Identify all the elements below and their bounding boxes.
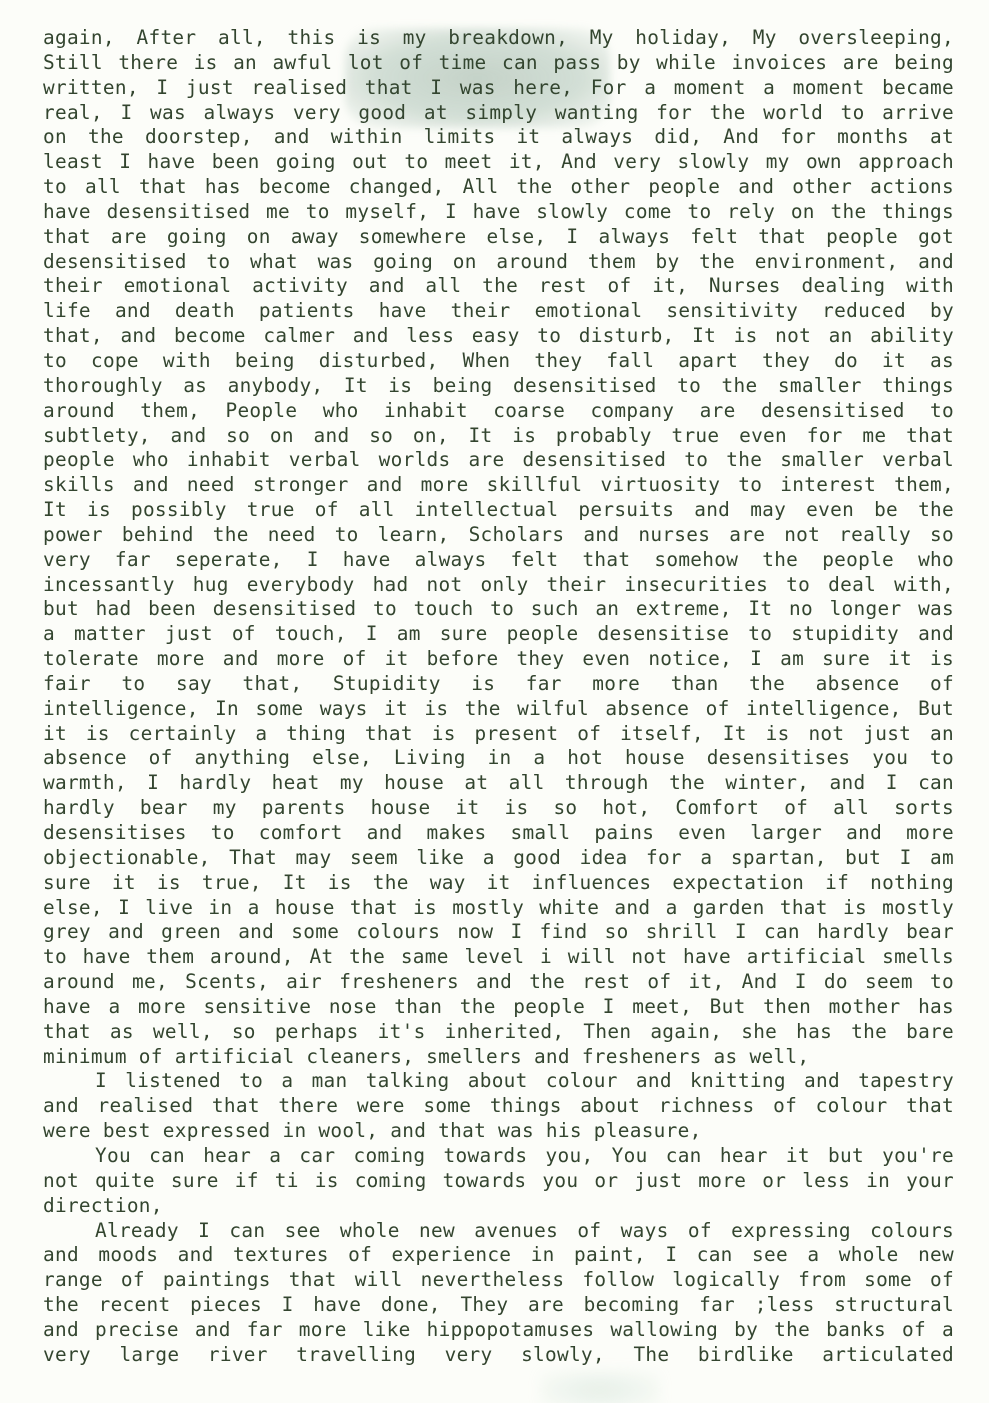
- text-line: people who inhabit verbal worlds are des…: [43, 448, 954, 473]
- text-line: You can hear a car coming towards you, Y…: [43, 1144, 954, 1169]
- text-line: their emotional activity and all the res…: [43, 274, 954, 299]
- text-line: desensitised to what was going on around…: [43, 250, 954, 275]
- text-line: and realised that there were some things…: [43, 1094, 954, 1119]
- text-line: were best expressed in wool, and that wa…: [43, 1119, 954, 1144]
- text-line: warmth, I hardly heat my house at all th…: [43, 771, 954, 796]
- document-body: again, After all, this is my breakdown, …: [43, 26, 954, 1368]
- text-line: the recent pieces I have done, They are …: [43, 1293, 954, 1318]
- text-line: and moods and textures of experience in …: [43, 1243, 954, 1268]
- text-line: written, I just realised that I was here…: [43, 76, 954, 101]
- text-line: but had been desensitised to touch to su…: [43, 597, 954, 622]
- text-line: have a more sensitive nose than the peop…: [43, 995, 954, 1020]
- text-line: very large river travelling very slowly,…: [43, 1343, 954, 1368]
- text-line: grey and green and some colours now I fi…: [43, 920, 954, 945]
- text-line: intelligence, In some ways it is the wil…: [43, 697, 954, 722]
- text-line: a matter just of touch, I am sure people…: [43, 622, 954, 647]
- stain-mark-bottom: [540, 1370, 660, 1403]
- text-line: that, and become calmer and less easy to…: [43, 324, 954, 349]
- text-line: It is possibly true of all intellectual …: [43, 498, 954, 523]
- text-line: very far seperate, I have always felt th…: [43, 548, 954, 573]
- text-line: on the doorstep, and within limits it al…: [43, 125, 954, 150]
- text-line: Already I can see whole new avenues of w…: [43, 1219, 954, 1244]
- text-line: power behind the need to learn, Scholars…: [43, 523, 954, 548]
- text-line: to cope with being disturbed, When they …: [43, 349, 954, 374]
- text-line: have desensitised me to myself, I have s…: [43, 200, 954, 225]
- text-line: around me, Scents, air fresheners and th…: [43, 970, 954, 995]
- text-line: least I have been going out to meet it, …: [43, 150, 954, 175]
- text-line: incessantly hug everybody had not only t…: [43, 573, 954, 598]
- text-line: sure it is true, It is the way it influe…: [43, 871, 954, 896]
- text-line: objectionable, That may seem like a good…: [43, 846, 954, 871]
- text-line: that are going on away somewhere else, I…: [43, 225, 954, 250]
- text-line: desensitises to comfort and makes small …: [43, 821, 954, 846]
- text-line: around them, People who inhabit coarse c…: [43, 399, 954, 424]
- text-line: I listened to a man talking about colour…: [43, 1069, 954, 1094]
- text-line: minimum of artificial cleaners, smellers…: [43, 1045, 954, 1070]
- text-line: thoroughly as anybody, It is being desen…: [43, 374, 954, 399]
- text-line: real, I was always very good at simply w…: [43, 101, 954, 126]
- text-line: tolerate more and more of it before they…: [43, 647, 954, 672]
- text-line: it is certainly a thing that is present …: [43, 722, 954, 747]
- text-line: life and death patients have their emoti…: [43, 299, 954, 324]
- text-line: and precise and far more like hippopotam…: [43, 1318, 954, 1343]
- text-line: not quite sure if ti is coming towards y…: [43, 1169, 954, 1194]
- text-line: absence of anything else, Living in a ho…: [43, 746, 954, 771]
- text-line: again, After all, this is my breakdown, …: [43, 26, 954, 51]
- text-line: that as well, so perhaps it's inherited,…: [43, 1020, 954, 1045]
- text-line: direction,: [43, 1194, 954, 1219]
- text-line: to all that has become changed, All the …: [43, 175, 954, 200]
- text-line: fair to say that, Stupidity is far more …: [43, 672, 954, 697]
- text-line: subtlety, and so on and so on, It is pro…: [43, 424, 954, 449]
- text-line: skills and need stronger and more skillf…: [43, 473, 954, 498]
- scanned-page: again, After all, this is my breakdown, …: [0, 0, 989, 1403]
- text-line: to have them around, At the same level i…: [43, 945, 954, 970]
- text-line: Still there is an awful lot of time can …: [43, 51, 954, 76]
- text-line: hardly bear my parents house it is so ho…: [43, 796, 954, 821]
- text-line: else, I live in a house that is mostly w…: [43, 896, 954, 921]
- text-line: range of paintings that will nevertheles…: [43, 1268, 954, 1293]
